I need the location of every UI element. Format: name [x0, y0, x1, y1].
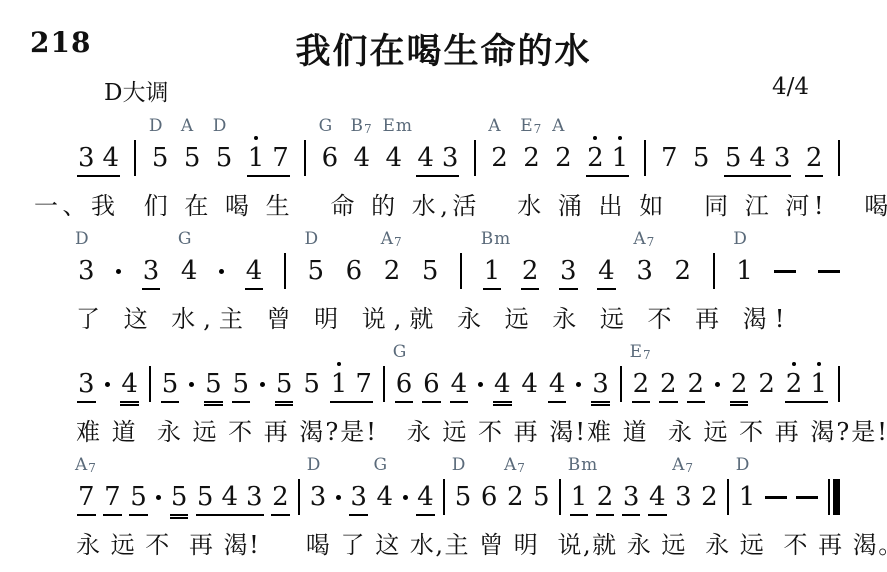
note: 4	[103, 143, 120, 173]
chord-label: Bm	[568, 457, 599, 474]
note: 1D	[739, 482, 756, 512]
note-group: 34	[78, 143, 119, 173]
note: 2A7	[384, 256, 401, 286]
note: 1Bm	[571, 482, 588, 512]
duration-dot	[715, 382, 720, 387]
note: 3D	[310, 482, 327, 512]
chord-label: G	[319, 118, 334, 135]
note: 5	[725, 143, 742, 173]
chord-label: A7	[75, 457, 97, 477]
chord-label: E7	[520, 118, 542, 138]
note: 4	[549, 369, 566, 399]
note: 2	[701, 482, 718, 512]
note: 6G	[322, 143, 339, 173]
note-group: 21	[786, 369, 827, 399]
chord-label: D	[213, 118, 228, 135]
barline	[460, 253, 462, 289]
barline	[298, 479, 300, 515]
meta-row: D大调 4/4	[0, 72, 887, 108]
duration-dot	[336, 495, 341, 500]
note: 5	[130, 482, 147, 512]
duration-dash	[796, 496, 818, 499]
note: 2A7	[507, 482, 524, 512]
duration-dash	[774, 270, 796, 273]
note: 1	[248, 143, 265, 173]
note: 5D	[152, 143, 169, 173]
note-group: 17	[248, 143, 289, 173]
note-group: 43	[417, 143, 458, 173]
note: 2E7	[633, 369, 650, 399]
note: 2	[731, 369, 748, 399]
duration-dot	[576, 382, 581, 387]
hymn-sheet-page: { "page": { "hymn_number": "218", "title…	[0, 0, 887, 572]
note: 1	[810, 369, 827, 399]
barline	[284, 253, 286, 289]
chord-label: A7	[672, 457, 694, 477]
note: 3A7	[675, 482, 692, 512]
music-line: 3D34G45D62A751Bm2343A721D	[78, 253, 840, 289]
note: 3	[78, 143, 95, 173]
note: 6G	[396, 369, 413, 399]
note: 7	[272, 143, 289, 173]
music-line: 7A775554323D34G45D62A751Bm2343A721D	[78, 479, 840, 515]
note: 4	[521, 369, 538, 399]
lyric-line: 了 这 水,主 曾 明 说,就 永 远 永 远 不 再 渴!	[76, 304, 887, 334]
octave-dot	[254, 136, 258, 140]
barline	[838, 366, 840, 402]
time-signature: 4/4	[772, 74, 809, 100]
note: 5D	[455, 482, 472, 512]
note: 3D	[78, 256, 95, 286]
note: 2	[674, 256, 691, 286]
chord-label: A7	[633, 231, 655, 251]
key-signature: D大调	[104, 74, 168, 107]
note: 1	[612, 143, 629, 173]
barline	[713, 253, 715, 289]
duration-dot	[156, 495, 161, 500]
note: 7A7	[78, 482, 95, 512]
note: 2	[758, 369, 775, 399]
chord-label: D	[733, 231, 748, 248]
score: 345D5A5D176G4B74Em432A2E72A21755432一、我 们…	[0, 140, 887, 560]
barline	[134, 140, 136, 176]
barline	[474, 140, 476, 176]
duration-dot	[260, 382, 265, 387]
note: 2	[660, 369, 677, 399]
lyric-line: 难 道 永 远 不 再 渴?是! 永 远 不 再 渴!难 道 永 远 不 再 渴…	[76, 417, 887, 447]
chord-label: D	[149, 118, 164, 135]
chord-label: D	[452, 457, 467, 474]
barline	[838, 140, 840, 176]
note: 7	[661, 143, 678, 173]
note: 3	[560, 256, 577, 286]
chord-label: B7	[351, 118, 373, 138]
note: 5	[276, 369, 293, 399]
note: 5	[162, 369, 179, 399]
note: 4	[246, 256, 263, 286]
lyric-line: 一、我 们 在 喝 生 命 的 水,活 水 涌 出 如 同 江 河! 喝	[34, 191, 887, 221]
duration-dot	[478, 382, 483, 387]
note: 4	[221, 482, 238, 512]
barline	[620, 366, 622, 402]
note: 4	[494, 369, 511, 399]
music-line: 345D5A5D176G4B74Em432A2E72A21755432	[78, 140, 840, 176]
note: 5	[533, 482, 550, 512]
duration-dot	[219, 269, 224, 274]
note: 5D	[307, 256, 324, 286]
chord-label: A7	[504, 457, 526, 477]
note: 2	[597, 482, 614, 512]
chord-label: D	[307, 457, 322, 474]
octave-dot	[817, 362, 821, 366]
duration-dash	[765, 496, 787, 499]
chord-label: A	[552, 118, 565, 135]
barline	[304, 140, 306, 176]
note: 4	[649, 482, 666, 512]
note: 6	[481, 482, 498, 512]
note: 3	[623, 482, 640, 512]
note: 5	[422, 256, 439, 286]
note: 3	[350, 482, 367, 512]
page-title: 我们在喝生命的水	[0, 0, 887, 74]
barline	[443, 479, 445, 515]
note: 3	[78, 369, 95, 399]
note: 2	[272, 482, 289, 512]
barline	[559, 479, 561, 515]
note: 2E7	[523, 143, 540, 173]
chord-label: G	[393, 344, 408, 361]
note: 5	[693, 143, 710, 173]
note: 1D	[736, 256, 753, 286]
note: 2	[522, 256, 539, 286]
duration-dash	[818, 270, 840, 273]
note-group: 543	[725, 143, 791, 173]
note: 4	[417, 143, 434, 173]
barline	[149, 366, 151, 402]
note: 2	[587, 143, 604, 173]
chord-label: G	[178, 231, 193, 248]
page-header: 218 我们在喝生命的水	[0, 0, 887, 72]
note: 7	[104, 482, 121, 512]
note: 5	[303, 369, 320, 399]
note: 7	[355, 369, 372, 399]
note: 2	[806, 143, 823, 173]
chord-label: A7	[381, 231, 403, 251]
note: 4G	[181, 256, 198, 286]
hymn-number: 218	[30, 26, 91, 59]
note: 4	[598, 256, 615, 286]
note: 2A	[491, 143, 508, 173]
duration-dot	[403, 495, 408, 500]
duration-dot	[116, 269, 121, 274]
note: 3	[442, 143, 459, 173]
chord-label: Bm	[481, 231, 512, 248]
octave-dot	[593, 136, 597, 140]
note: 4Em	[385, 143, 402, 173]
note: 2	[786, 369, 803, 399]
note: 3A7	[636, 256, 653, 286]
note: 5	[171, 482, 188, 512]
final-barline	[828, 479, 840, 515]
octave-dot	[792, 362, 796, 366]
note: 4	[121, 369, 138, 399]
duration-dot	[105, 382, 110, 387]
note: 4B7	[354, 143, 371, 173]
lyric-line: 永 远 不 再 渴! 喝 了 这 水,主 曾 明 说,就 永 远 永 远 不 再…	[76, 530, 887, 560]
note: 5A	[184, 143, 201, 173]
note: 3	[592, 369, 609, 399]
note-group: 17	[331, 369, 372, 399]
chord-label: G	[373, 457, 388, 474]
octave-dot	[337, 362, 341, 366]
note: 3	[774, 143, 791, 173]
chord-label: E7	[630, 344, 652, 364]
note: 4	[417, 482, 434, 512]
note: 3	[246, 482, 263, 512]
chord-label: D	[75, 231, 90, 248]
note: 5D	[216, 143, 233, 173]
octave-dot	[618, 136, 622, 140]
duration-dot	[189, 382, 194, 387]
barline	[644, 140, 646, 176]
chord-label: D	[736, 457, 751, 474]
note-group: 543	[197, 482, 263, 512]
note: 6	[423, 369, 440, 399]
chord-label: A	[488, 118, 501, 135]
note: 3	[143, 256, 160, 286]
note: 6	[346, 256, 363, 286]
note: 5	[197, 482, 214, 512]
note: 4	[451, 369, 468, 399]
note: 2A	[555, 143, 572, 173]
note: 1Bm	[484, 256, 501, 286]
note: 4	[749, 143, 766, 173]
barline	[727, 479, 729, 515]
note: 2	[688, 369, 705, 399]
chord-label: D	[304, 231, 319, 248]
note-group: 21	[587, 143, 628, 173]
note: 5	[233, 369, 250, 399]
note: 4G	[376, 482, 393, 512]
note: 1	[331, 369, 348, 399]
chord-label: Em	[382, 118, 413, 135]
music-line: 3455555176G6444432E7222221	[78, 366, 840, 402]
chord-label: A	[181, 118, 194, 135]
note: 5	[205, 369, 222, 399]
barline	[383, 366, 385, 402]
